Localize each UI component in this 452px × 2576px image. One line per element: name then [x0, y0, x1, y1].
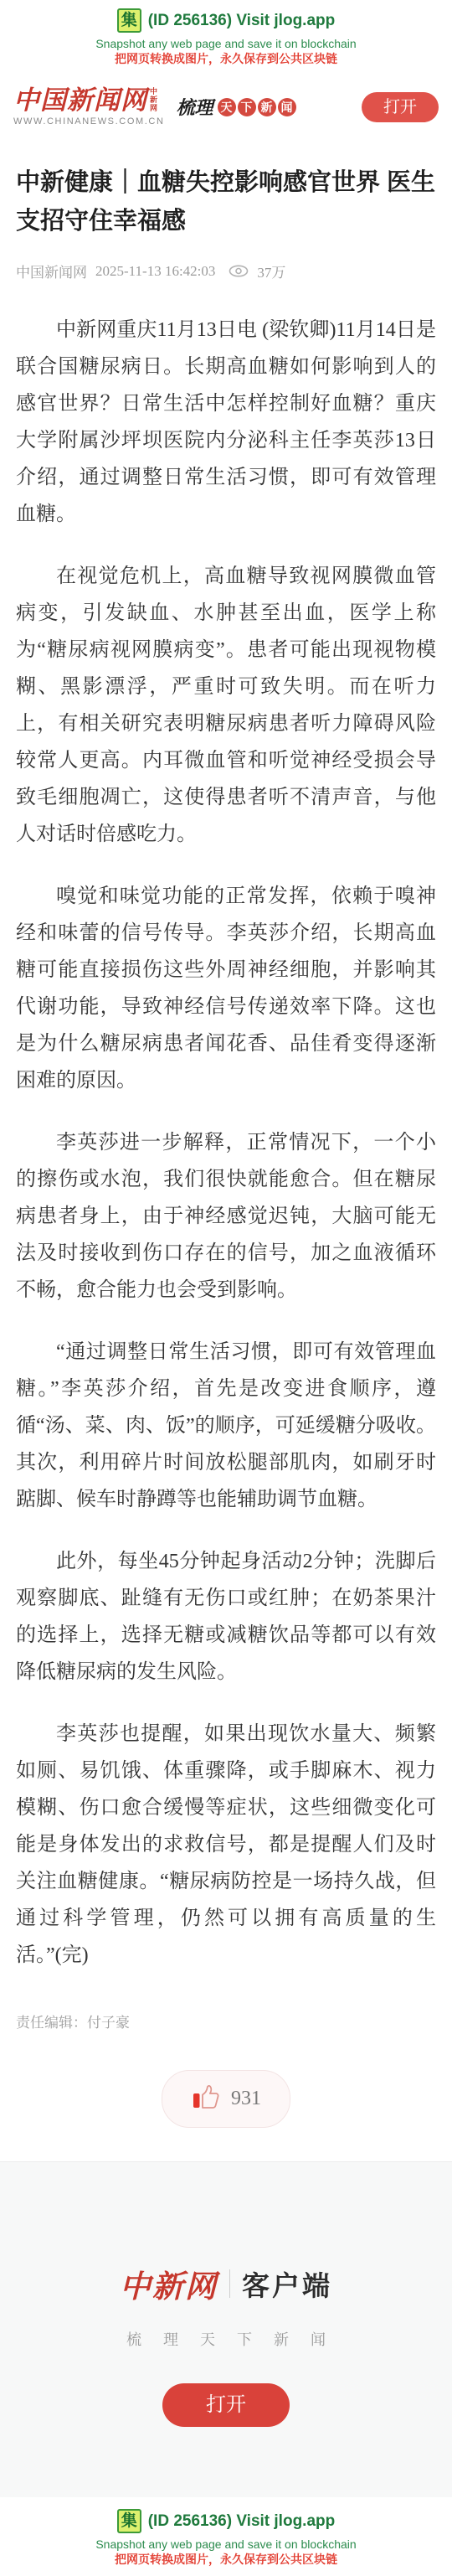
- footer-slogan: 梳 理 天 下 新 闻: [0, 2328, 452, 2350]
- jlog-logo-icon: 集: [117, 2509, 141, 2533]
- tagline-circle: 新: [258, 98, 276, 116]
- jlog-slogan-zh: 把网页转换成图片，永久保存到公共区块链: [0, 50, 452, 67]
- article-views: 37万: [257, 261, 285, 281]
- article-paragraph: 此外，每坐45分钟起身活动2分钟；洗脚后观察脚底、趾缝有无伤口或红肿；在奶茶果汁…: [16, 1543, 436, 1691]
- article: 中新健康｜血糖失控影响感官世界 医生支招守住幸福感 中国新闻网 2025-11-…: [0, 163, 452, 2128]
- editor-line: 责任编辑：付子豪: [16, 2011, 436, 2031]
- footer-logo-row: 中新网 客户端: [0, 2261, 452, 2306]
- article-source: 中国新闻网: [16, 261, 87, 281]
- chinanews-url: WWW.CHINANEWS.COM.CN: [13, 117, 164, 126]
- thumbs-up-icon: [191, 2083, 221, 2115]
- header-tagline: 梳理 天 下 新 闻: [176, 94, 295, 120]
- chinanews-logo-side: 中 新 网: [150, 87, 157, 112]
- views-eye-icon: [229, 265, 249, 277]
- jlog-link-text[interactable]: (ID 256136) Visit jlog.app: [148, 12, 336, 30]
- top-jlog-banner: 集 (ID 256136) Visit jlog.app Snapshot an…: [0, 0, 452, 72]
- footer-client-label: 客户端: [242, 2264, 332, 2304]
- jlog-slogan-en: Snapshot any web page and save it on blo…: [0, 2537, 452, 2551]
- like-count: 931: [231, 2088, 261, 2110]
- article-paragraph: 李英莎进一步解释，正常情况下，一个小的擦伤或水泡，我们很快就能愈合。但在糖尿病患…: [16, 1124, 436, 1309]
- jlog-slogan-en: Snapshot any web page and save it on blo…: [0, 37, 452, 50]
- tagline-circle: 闻: [278, 98, 296, 116]
- like-button[interactable]: 931: [162, 2070, 290, 2128]
- tagline-prefix: 梳理: [176, 94, 213, 120]
- jlog-slogan-zh: 把网页转换成图片，永久保存到公共区块链: [0, 2551, 452, 2568]
- open-app-button-bottom[interactable]: 打开: [162, 2383, 290, 2427]
- site-footer: 中新网 客户端 梳 理 天 下 新 闻 打开: [0, 2161, 452, 2497]
- jlog-link-row[interactable]: 集 (ID 256136) Visit jlog.app: [0, 8, 452, 33]
- tagline-circle: 下: [238, 98, 256, 116]
- article-paragraph: 中新网重庆11月13日电 (梁钦卿)11月14日是联合国糖尿病日。长期高血糖如何…: [16, 312, 436, 533]
- article-body: 中新网重庆11月13日电 (梁钦卿)11月14日是联合国糖尿病日。长期高血糖如何…: [16, 312, 436, 1974]
- article-paragraph: “通过调整日常生活习惯，即可有效管理血糖。”李英莎介绍，首先是改变进食顺序，遵循…: [16, 1334, 436, 1518]
- bottom-jlog-banner: 集 (ID 256136) Visit jlog.app Snapshot an…: [0, 2497, 452, 2576]
- site-header: 中国新闻网 中 新 网 WWW.CHINANEWS.COM.CN 梳理 天 下 …: [0, 72, 452, 130]
- article-paragraph: 嗅觉和味觉功能的正常发挥，依赖于嗅神经和味蕾的信号传导。李英莎介绍，长期高血糖可…: [16, 878, 436, 1099]
- chinanews-logo-text: 中国新闻网: [13, 87, 147, 113]
- footer-logo-text: 中新网: [120, 2261, 218, 2306]
- jlog-link-text[interactable]: (ID 256136) Visit jlog.app: [148, 2512, 336, 2531]
- article-paragraph: 李英莎也提醒，如果出现饮水量大、频繁如厕、易饥饿、体重骤降，或手脚麻木、视力模糊…: [16, 1716, 436, 1974]
- chinanews-logo[interactable]: 中国新闻网 中 新 网 WWW.CHINANEWS.COM.CN: [13, 87, 164, 126]
- open-app-button-top[interactable]: 打开: [362, 92, 439, 122]
- article-datetime: 2025-11-13 16:42:03: [95, 263, 215, 280]
- tagline-circle: 天: [218, 98, 236, 116]
- article-title: 中新健康｜血糖失控影响感官世界 医生支招守住幸福感: [16, 163, 436, 240]
- jlog-link-row[interactable]: 集 (ID 256136) Visit jlog.app: [0, 2509, 452, 2533]
- footer-logo-divider: [229, 2269, 230, 2298]
- article-meta: 中国新闻网 2025-11-13 16:42:03 37万: [16, 261, 436, 281]
- jlog-logo-icon: 集: [117, 8, 141, 33]
- article-paragraph: 在视觉危机上，高血糖导致视网膜微血管病变，引发缺血、水肿甚至出血，医学上称为“糖…: [16, 558, 436, 853]
